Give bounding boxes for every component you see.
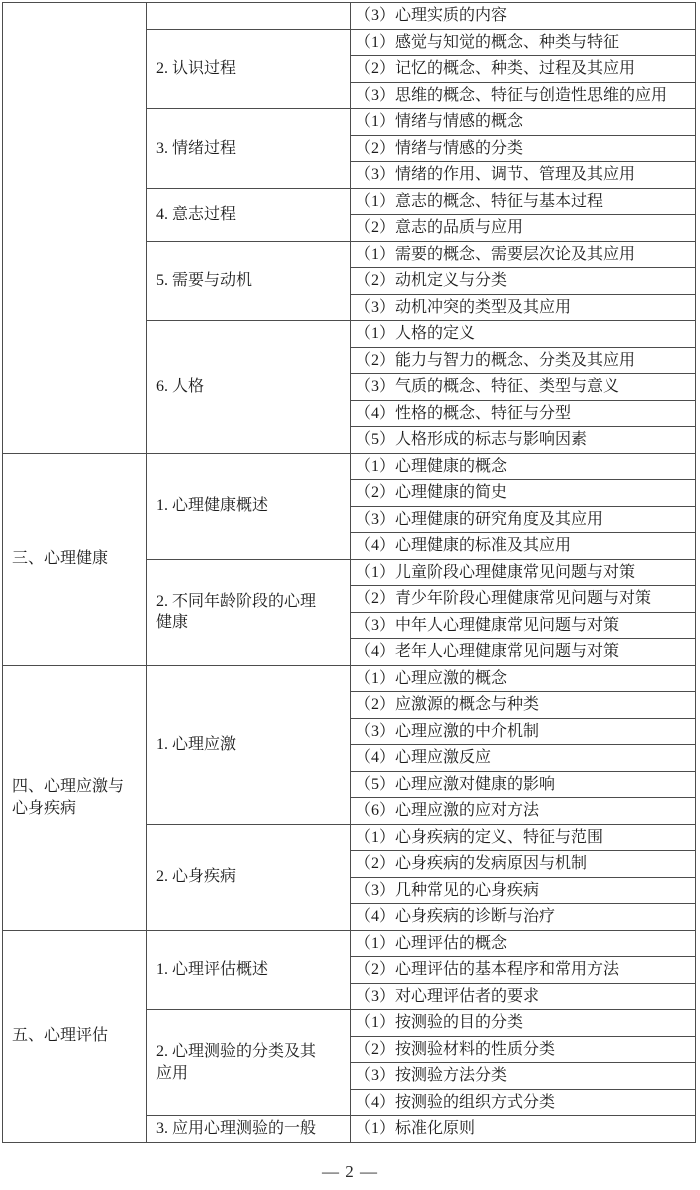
- item-cell: （1）按测验的目的分类: [351, 1010, 696, 1037]
- item-cell: （1）人格的定义: [351, 321, 696, 348]
- group-label-cell: [147, 3, 351, 30]
- group-label-cell: 4. 意志过程: [147, 188, 351, 241]
- item-cell: （5）心理应激对健康的影响: [351, 771, 696, 798]
- group-label-cell: 1. 心理健康概述: [147, 453, 351, 559]
- item-cell: （6）心理应激的应对方法: [351, 798, 696, 825]
- item-cell: （4）性格的概念、特征与分型: [351, 400, 696, 427]
- item-cell: （5）人格形成的标志与影响因素: [351, 427, 696, 454]
- item-cell: （1）需要的概念、需要层次论及其应用: [351, 241, 696, 268]
- table-row: 四、心理应激与心身疾病1. 心理应激（1）心理应激的概念: [3, 665, 696, 692]
- item-cell: （3）对心理评估者的要求: [351, 983, 696, 1010]
- syllabus-table-body: （3）心理实质的内容2. 认识过程（1）感觉与知觉的概念、种类与特征（2）记忆的…: [3, 3, 696, 1143]
- item-cell: （1）情绪与情感的概念: [351, 109, 696, 136]
- group-label-cell: 3. 情绪过程: [147, 109, 351, 189]
- item-cell: （2）心身疾病的发病原因与机制: [351, 851, 696, 878]
- item-cell: （4）老年人心理健康常见问题与对策: [351, 639, 696, 666]
- table-row: 五、心理评估1. 心理评估概述（1）心理评估的概念: [3, 930, 696, 957]
- item-cell: （2）心理健康的简史: [351, 480, 696, 507]
- item-cell: （2）应激源的概念与种类: [351, 692, 696, 719]
- section-label-cell: 三、心理健康: [3, 453, 147, 665]
- item-cell: （1）感觉与知觉的概念、种类与特征: [351, 29, 696, 56]
- item-cell: （1）心理健康的概念: [351, 453, 696, 480]
- item-cell: （2）动机定义与分类: [351, 268, 696, 295]
- item-cell: （3）动机冲突的类型及其应用: [351, 294, 696, 321]
- item-cell: （3）几种常见的心身疾病: [351, 877, 696, 904]
- table-row: （3）心理实质的内容: [3, 3, 696, 30]
- group-label-cell: 2. 心理测验的分类及其应用: [147, 1010, 351, 1116]
- group-label-cell: 2. 心身疾病: [147, 824, 351, 930]
- item-cell: （3）情绪的作用、调节、管理及其应用: [351, 162, 696, 189]
- item-cell: （1）心理应激的概念: [351, 665, 696, 692]
- item-cell: （4）心身疾病的诊断与治疗: [351, 904, 696, 931]
- item-cell: （3）心理应激的中介机制: [351, 718, 696, 745]
- item-cell: （3）中年人心理健康常见问题与对策: [351, 612, 696, 639]
- item-cell: （4）心理应激反应: [351, 745, 696, 772]
- page-number: — 2 —: [0, 1162, 700, 1182]
- group-label-cell: 6. 人格: [147, 321, 351, 454]
- item-cell: （2）青少年阶段心理健康常见问题与对策: [351, 586, 696, 613]
- section-label-cell: 五、心理评估: [3, 930, 147, 1142]
- item-cell: （1）意志的概念、特征与基本过程: [351, 188, 696, 215]
- item-cell: （1）心理评估的概念: [351, 930, 696, 957]
- group-label-cell: 3. 应用心理测验的一般: [147, 1116, 351, 1143]
- item-cell: （4）心理健康的标准及其应用: [351, 533, 696, 560]
- item-cell: （3）心理实质的内容: [351, 3, 696, 30]
- item-cell: （2）情绪与情感的分类: [351, 135, 696, 162]
- item-cell: （2）心理评估的基本程序和常用方法: [351, 957, 696, 984]
- group-label-cell: 2. 认识过程: [147, 29, 351, 109]
- group-label-cell: 1. 心理评估概述: [147, 930, 351, 1010]
- item-cell: （1）儿童阶段心理健康常见问题与对策: [351, 559, 696, 586]
- item-cell: （2）按测验材料的性质分类: [351, 1036, 696, 1063]
- item-cell: （1）标准化原则: [351, 1116, 696, 1143]
- section-label-cell: [3, 3, 147, 454]
- document-page: （3）心理实质的内容2. 认识过程（1）感觉与知觉的概念、种类与特征（2）记忆的…: [0, 0, 700, 1190]
- item-cell: （4）按测验的组织方式分类: [351, 1089, 696, 1116]
- group-label-cell: 2. 不同年龄阶段的心理健康: [147, 559, 351, 665]
- item-cell: （2）意志的品质与应用: [351, 215, 696, 242]
- group-label-cell: 1. 心理应激: [147, 665, 351, 824]
- item-cell: （2）记忆的概念、种类、过程及其应用: [351, 56, 696, 83]
- group-label-cell: 5. 需要与动机: [147, 241, 351, 321]
- syllabus-table: （3）心理实质的内容2. 认识过程（1）感觉与知觉的概念、种类与特征（2）记忆的…: [2, 2, 696, 1143]
- item-cell: （3）心理健康的研究角度及其应用: [351, 506, 696, 533]
- item-cell: （3）气质的概念、特征、类型与意义: [351, 374, 696, 401]
- item-cell: （3）按测验方法分类: [351, 1063, 696, 1090]
- item-cell: （1）心身疾病的定义、特征与范围: [351, 824, 696, 851]
- item-cell: （2）能力与智力的概念、分类及其应用: [351, 347, 696, 374]
- table-row: 三、心理健康1. 心理健康概述（1）心理健康的概念: [3, 453, 696, 480]
- section-label-cell: 四、心理应激与心身疾病: [3, 665, 147, 930]
- item-cell: （3）思维的概念、特征与创造性思维的应用: [351, 82, 696, 109]
